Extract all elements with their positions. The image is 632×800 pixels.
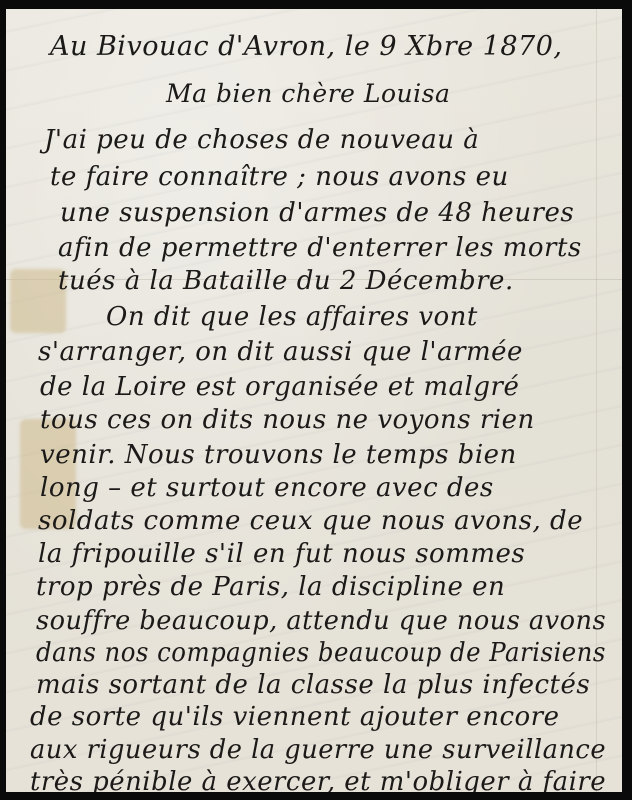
fold-crease-vertical [596,9,597,792]
letter-line: une suspension d'armes de 48 heures [60,198,574,228]
letter-line: long – et surtout encore avec des [40,473,494,503]
letter-line: trop près de Paris, la discipline en [36,572,505,602]
letter-line: afin de permettre d'enterrer les morts [58,233,582,263]
letter-line: soldats comme ceux que nous avons, de [38,506,583,536]
letter-line: mais sortant de la classe la plus infect… [36,670,590,700]
letter-line: souffre beaucoup, attendu que nous avons [36,606,606,636]
letter-line: tués à la Bataille du 2 Décembre. [58,266,514,296]
letter-line: venir. Nous trouvons le temps bien [40,440,517,470]
letter-line: s'arranger, on dit aussi que l'armée [38,337,523,367]
letter-line: la fripouille s'il en fut nous sommes [38,539,525,569]
letter-line: de sorte qu'ils viennent ajouter encore [30,702,559,732]
letter-page: Au Bivouac d'Avron, le 9 Xbre 1870, Ma b… [6,9,622,792]
letter-line: te faire connaître ; nous avons eu [50,162,509,192]
letter-line: dans nos compagnies beaucoup de Parisien… [36,638,606,668]
letter-line: On dit que les affaires vont [106,302,478,332]
letter-heading-place-date: Au Bivouac d'Avron, le 9 Xbre 1870, [50,31,562,62]
letter-line: aux rigueurs de la guerre une surveillan… [30,735,606,765]
letter-line: très pénible à exercer, et m'obliger à f… [30,767,606,792]
letter-line: J'ai peu de choses de nouveau à [44,125,479,155]
letter-line: de la Loire est organisée et malgré [40,372,519,402]
letter-line: tous ces on dits nous ne voyons rien [40,405,535,435]
letter-salutation: Ma bien chère Louisa [166,79,450,108]
